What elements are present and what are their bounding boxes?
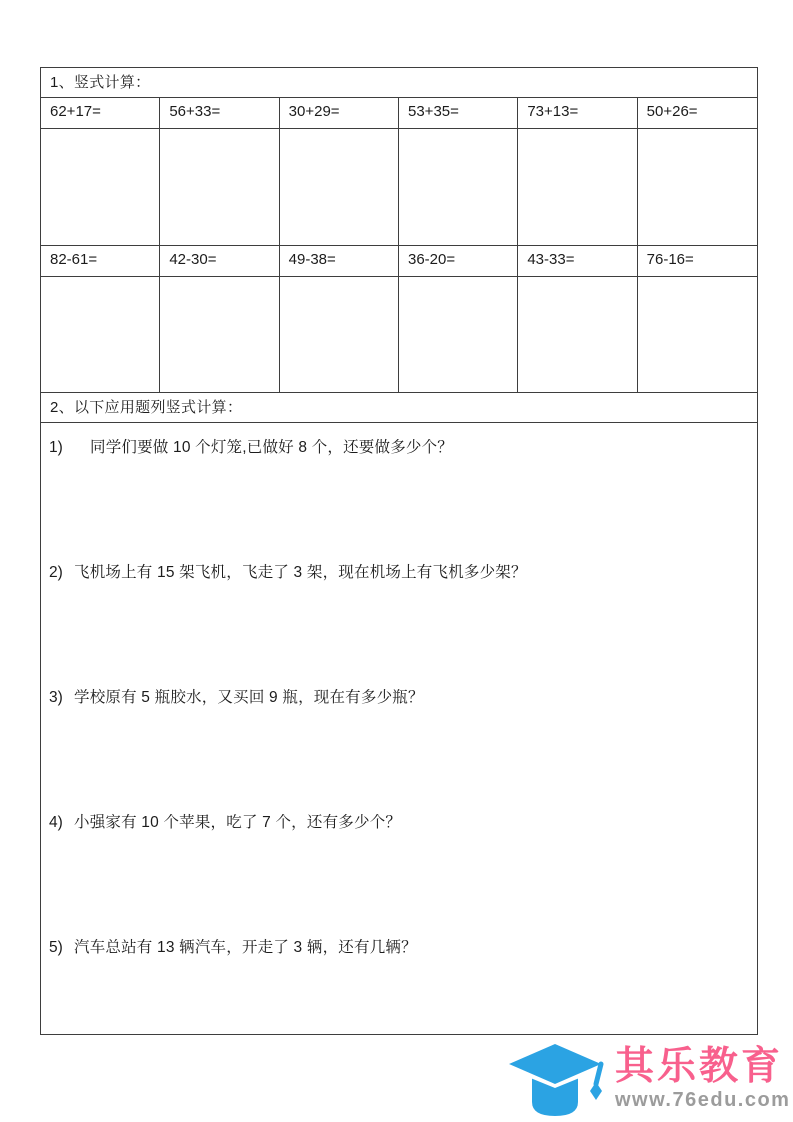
- problem-number: 1): [49, 437, 90, 458]
- calc-problem: 42-30=: [160, 246, 279, 276]
- calc-problem: 62+17=: [41, 98, 160, 128]
- work-cell: [41, 129, 160, 245]
- work-cell: [399, 129, 518, 245]
- calc-problem: 76-16=: [638, 246, 757, 276]
- calc-problem: 82-61=: [41, 246, 160, 276]
- calc-problem-row-1: 62+17= 56+33= 30+29= 53+35= 73+13= 50+26…: [41, 98, 757, 129]
- word-problems-area: 1) 同学们要做 10 个灯笼,已做好 8 个，还要做多少个？ 2) 飞机场上有…: [41, 423, 757, 1034]
- word-problem-5: 5) 汽车总站有 13 辆汽车，开走了 3 辆，还有几辆？: [49, 937, 747, 958]
- brand-url: www.76edu.com: [615, 1089, 790, 1111]
- work-cell: [280, 129, 399, 245]
- brand-text-block: 其乐教育 www.76edu.com: [615, 1040, 790, 1111]
- calc-problem: 49-38=: [280, 246, 399, 276]
- problem-text: 小强家有 10 个苹果，吃了 7 个，还有多少个？: [74, 812, 747, 833]
- work-cell: [518, 129, 637, 245]
- graduation-cap-icon: [505, 1040, 607, 1122]
- brand-footer: 其乐教育 www.76edu.com: [505, 1040, 790, 1122]
- problem-number: 4): [49, 812, 74, 833]
- word-problem-1: 1) 同学们要做 10 个灯笼,已做好 8 个，还要做多少个？: [49, 437, 747, 458]
- work-space-row-1: [41, 129, 757, 246]
- work-cell: [41, 277, 160, 392]
- calc-problem: 73+13=: [518, 98, 637, 128]
- section1-title: 1、竖式计算：: [41, 68, 757, 98]
- work-cell: [518, 277, 637, 392]
- calc-problem: 56+33=: [160, 98, 279, 128]
- problem-number: 2): [49, 562, 74, 583]
- work-cell: [280, 277, 399, 392]
- problem-number: 5): [49, 937, 74, 958]
- word-problem-3: 3) 学校原有 5 瓶胶水，又买回 9 瓶，现在有多少瓶？: [49, 687, 747, 708]
- word-problem-4: 4) 小强家有 10 个苹果，吃了 7 个，还有多少个？: [49, 812, 747, 833]
- brand-name: 其乐教育: [615, 1046, 790, 1088]
- calc-problem: 43-33=: [518, 246, 637, 276]
- calc-problem-row-2: 82-61= 42-30= 49-38= 36-20= 43-33= 76-16…: [41, 246, 757, 277]
- problem-text: 飞机场上有 15 架飞机，飞走了 3 架，现在机场上有飞机多少架？: [74, 562, 747, 583]
- word-problem-2: 2) 飞机场上有 15 架飞机，飞走了 3 架，现在机场上有飞机多少架？: [49, 562, 747, 583]
- worksheet-page: 1、竖式计算： 62+17= 56+33= 30+29= 53+35= 73+1…: [0, 0, 793, 1122]
- work-cell: [160, 129, 279, 245]
- work-cell: [638, 129, 757, 245]
- calc-problem: 50+26=: [638, 98, 757, 128]
- problem-text: 汽车总站有 13 辆汽车，开走了 3 辆，还有几辆？: [74, 937, 747, 958]
- worksheet-table: 1、竖式计算： 62+17= 56+33= 30+29= 53+35= 73+1…: [40, 67, 758, 1035]
- work-cell: [160, 277, 279, 392]
- work-cell: [638, 277, 757, 392]
- problem-text: 同学们要做 10 个灯笼,已做好 8 个，还要做多少个？: [90, 437, 747, 458]
- problem-number: 3): [49, 687, 74, 708]
- calc-problem: 30+29=: [280, 98, 399, 128]
- problem-text: 学校原有 5 瓶胶水，又买回 9 瓶，现在有多少瓶？: [74, 687, 747, 708]
- calc-problem: 36-20=: [399, 246, 518, 276]
- section2-title: 2、以下应用题列竖式计算：: [41, 393, 757, 423]
- work-space-row-2: [41, 277, 757, 393]
- work-cell: [399, 277, 518, 392]
- calc-problem: 53+35=: [399, 98, 518, 128]
